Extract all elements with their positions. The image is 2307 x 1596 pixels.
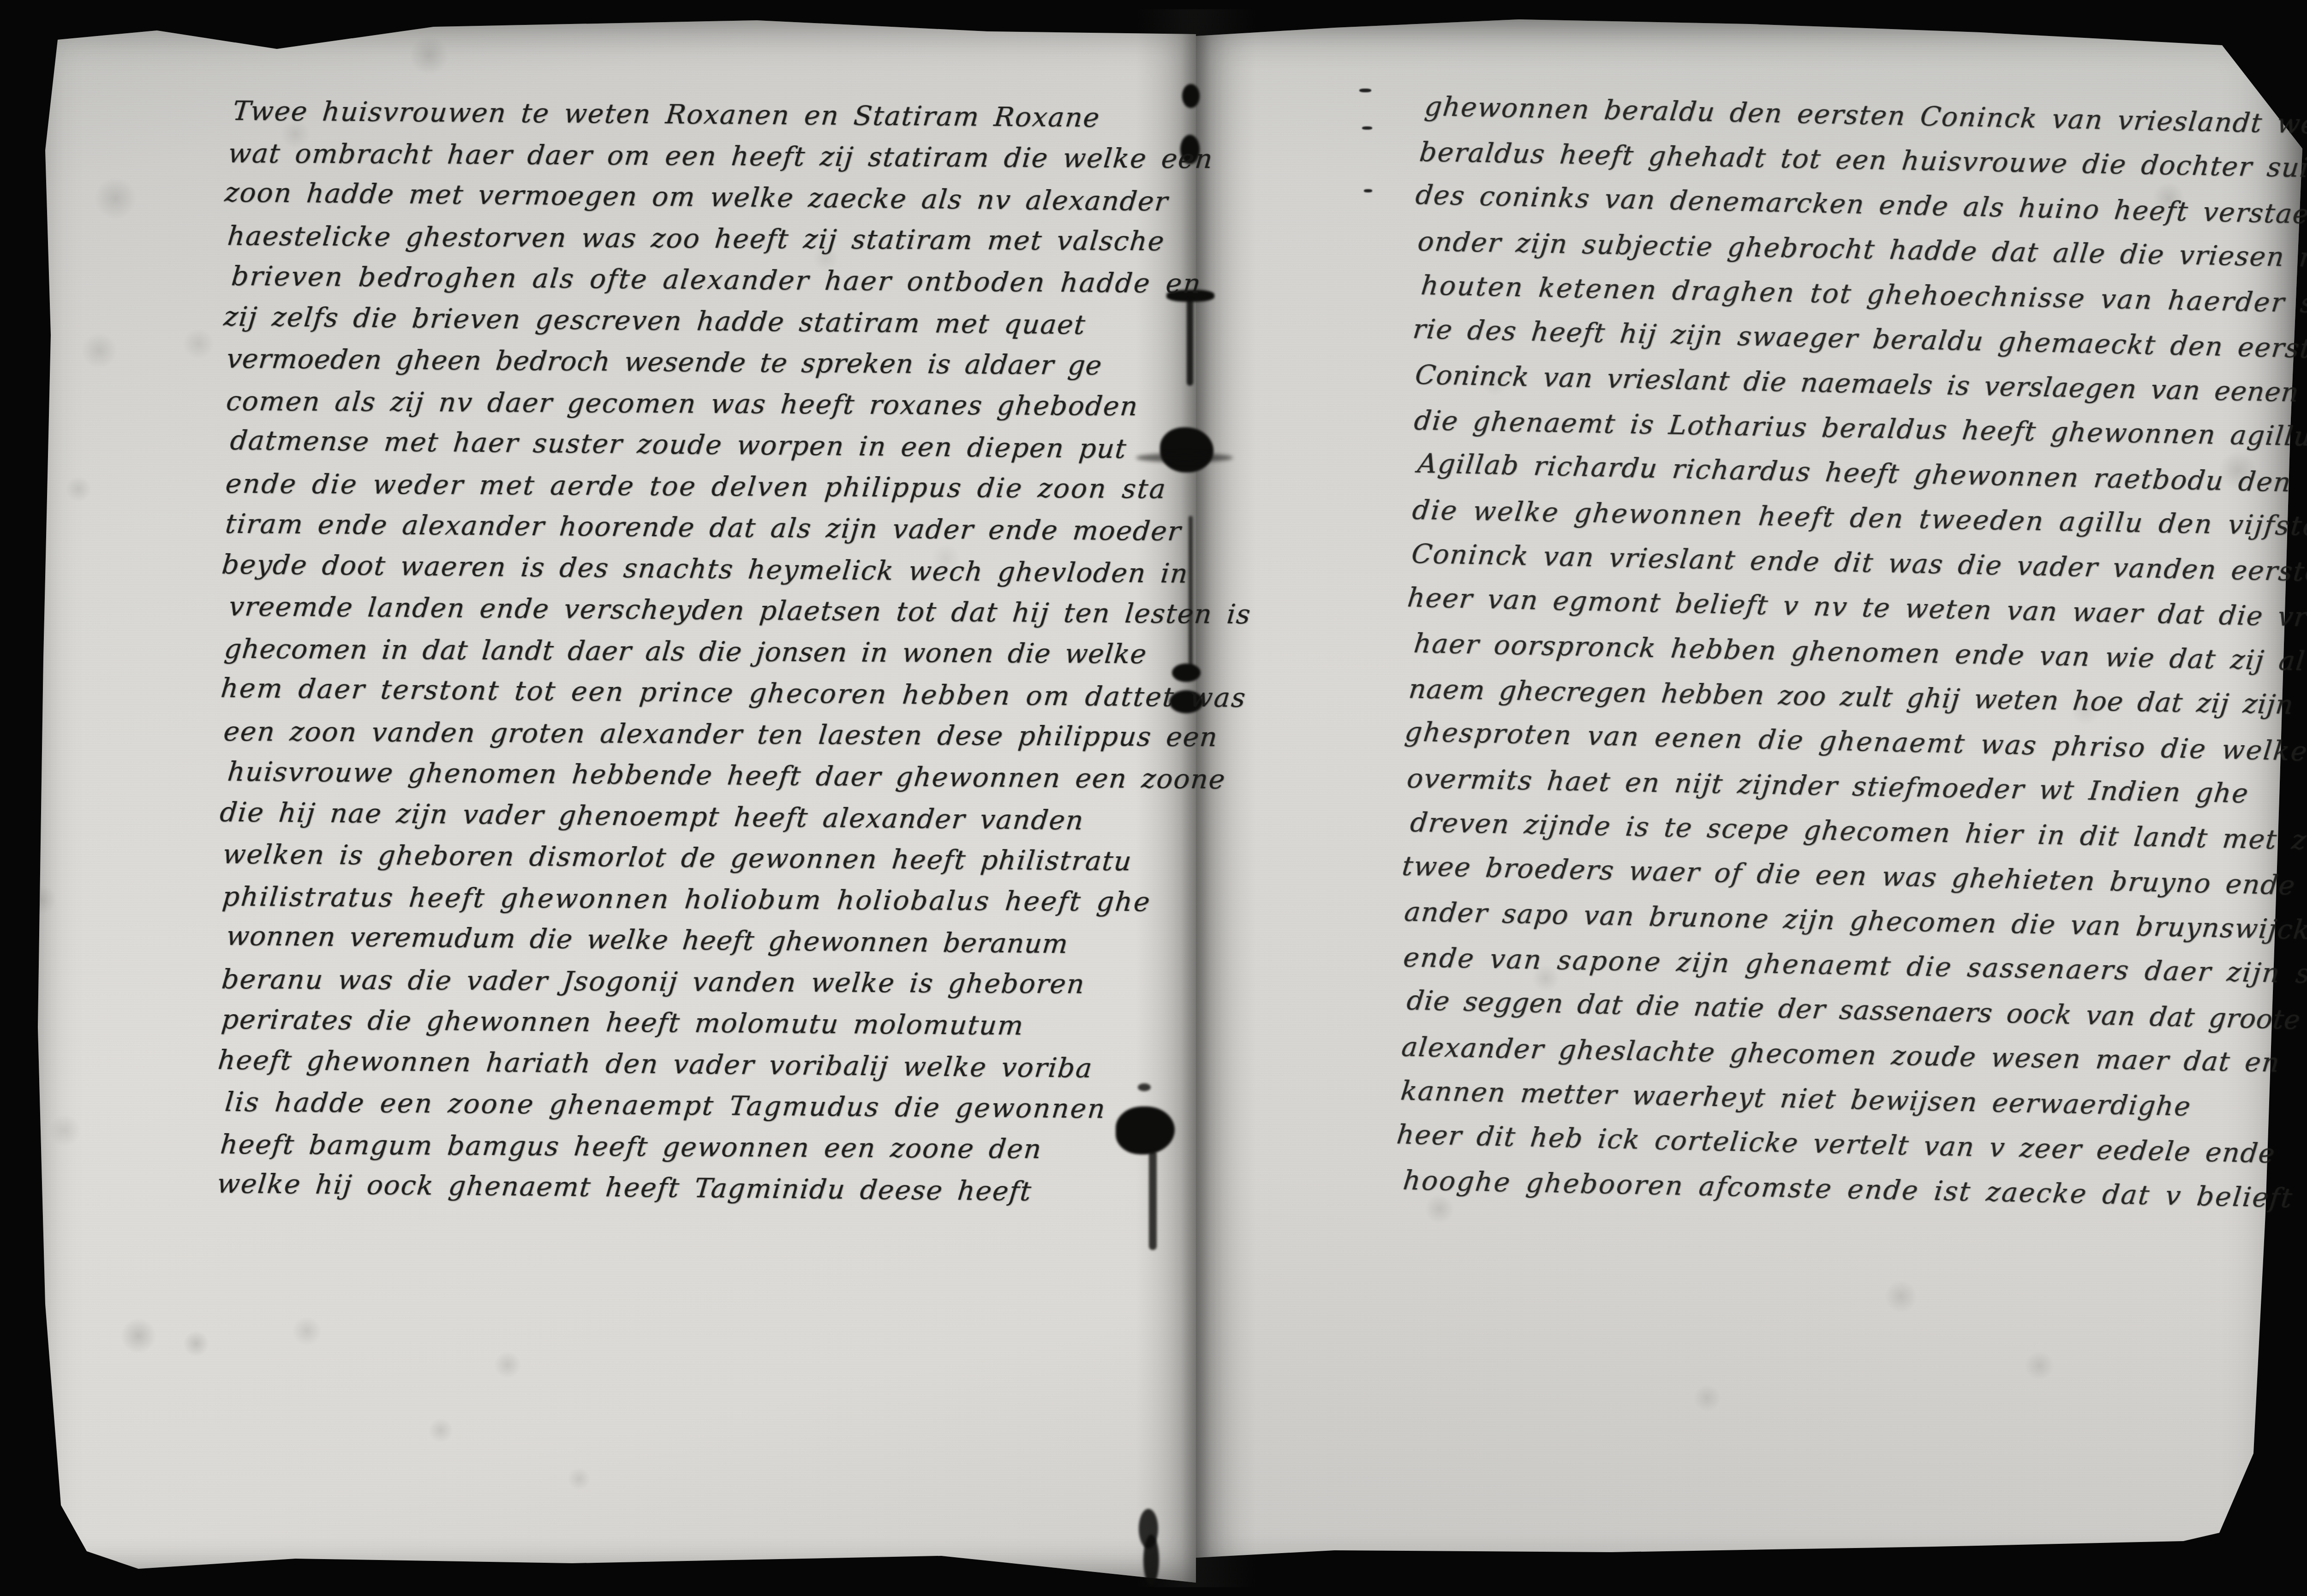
manuscript-line: heeft bamgum bamgus heeft gewonnen een z… bbox=[219, 1124, 1249, 1171]
ink-speck bbox=[1359, 89, 1371, 92]
manuscript-line: datmense met haer suster zoude worpen in… bbox=[228, 420, 1255, 471]
manuscript-line: ghecomen in dat landt daer als die jonse… bbox=[222, 628, 1253, 675]
ink-speck bbox=[1364, 189, 1372, 192]
manuscript-line: vreemde landen ende verscheyden plaetsen… bbox=[227, 586, 1253, 635]
manuscript-line: een zoon vanden groten alexander ten lae… bbox=[222, 711, 1252, 758]
manuscript-line: philistratus heeft ghewonnen holiobum ho… bbox=[221, 876, 1251, 923]
manuscript-line: zoon hadde met vermoegen om welke zaecke… bbox=[223, 172, 1256, 223]
manuscript-line: wat ombracht haer daer om een heeft zij … bbox=[227, 133, 1257, 180]
manuscript-scan: Twee huisvrouwen te weten Roxanen en Sta… bbox=[0, 0, 2307, 1596]
manuscript-line: Twee huisvrouwen te weten Roxanen en Sta… bbox=[231, 90, 1257, 140]
right-page-text: ghewonnen beraldu den eersten Coninck va… bbox=[1399, 84, 2307, 1223]
manuscript-line: comen als zij nv daer gecomen was heeft … bbox=[224, 381, 1255, 428]
manuscript-line: hem daer terstont tot een prince ghecore… bbox=[219, 668, 1253, 719]
manuscript-line: haestelicke ghestorven was zoo heeft zij… bbox=[226, 215, 1256, 263]
manuscript-line: welken is gheboren dismorlot de gewonnen… bbox=[221, 834, 1251, 883]
manuscript-line: lis hadde een zoone ghenaempt Tagmudus d… bbox=[223, 1082, 1249, 1131]
manuscript-line: beranu was die vader Jsogonij vanden wel… bbox=[220, 958, 1250, 1005]
manuscript-line: wonnen veremudum die welke heeft ghewonn… bbox=[224, 915, 1250, 967]
ink-speck bbox=[1362, 126, 1372, 130]
ink-blot bbox=[1143, 1535, 1159, 1585]
left-page-text: Twee huisvrouwen te weten Roxanen en Sta… bbox=[220, 90, 1255, 1213]
manuscript-line: ende die weder met aerde toe delven phil… bbox=[224, 463, 1254, 510]
manuscript-line: vermoeden gheen bedroch wesende te sprek… bbox=[225, 338, 1255, 388]
